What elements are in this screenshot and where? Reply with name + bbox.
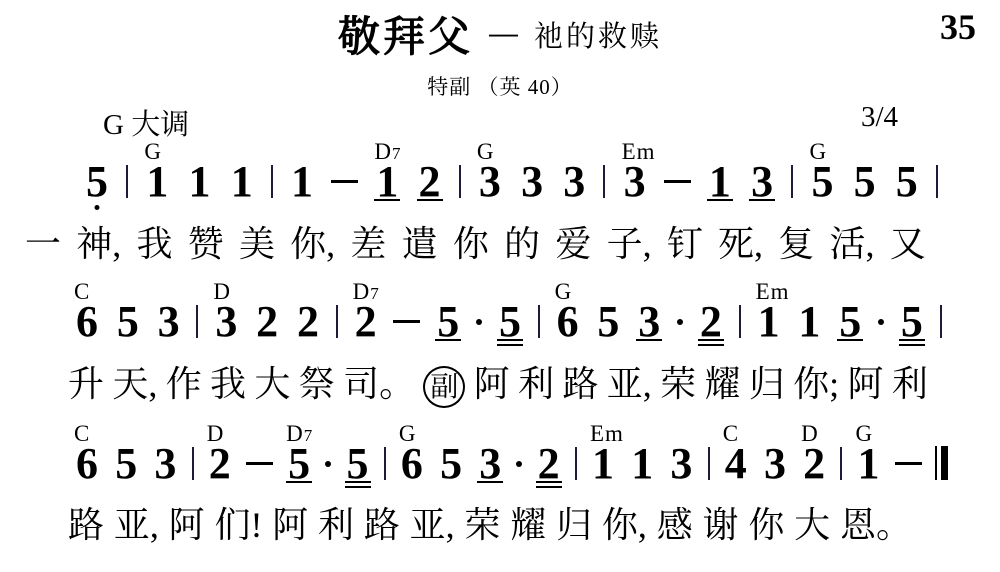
title: 敬拜父 — 祂的救赎 — [0, 4, 1000, 64]
note-digit: 3 — [668, 447, 694, 480]
lyric-unit: 司。 — [343, 364, 415, 405]
note-cell: 2 — [295, 305, 321, 338]
note-cell: 5 — [497, 305, 523, 338]
note-cell: 5 — [595, 305, 621, 338]
lyric-line-3: 路亚,阿们!阿利路亚,荣耀归你,感谢你大恩。 — [68, 505, 912, 546]
note-digit: 5 — [852, 165, 878, 198]
chord-label: D — [801, 422, 819, 445]
note-cell: 5 — [345, 447, 371, 480]
lyric-line-2: 升天,作我大祭司。副阿利路亚,荣耀归你;阿利 — [68, 364, 928, 408]
note-digit: 5 — [435, 305, 461, 338]
lyric-unit: 祭 — [299, 364, 335, 405]
dash-note — [246, 462, 273, 465]
lyric-unit: 路 — [364, 505, 400, 546]
final-bar-thick — [941, 446, 948, 480]
note-digit: 2 — [417, 165, 443, 198]
lyric-unit: 升 — [68, 364, 104, 405]
dotted-note-dot — [878, 319, 884, 325]
barline — [791, 165, 793, 198]
lyric-unit: 遣 — [402, 224, 438, 265]
note-cell: 3Em — [622, 165, 648, 198]
note-digit: 3 — [152, 447, 178, 480]
barline — [271, 165, 273, 198]
note-cell: 2 — [254, 305, 280, 338]
chord-label: C — [74, 422, 90, 445]
chord-label: D7 — [353, 280, 379, 303]
lyric-unit: 路 — [562, 364, 598, 405]
lyric-unit: 你, — [602, 505, 647, 546]
note-digit: 1 — [796, 305, 822, 338]
note-digit: 6 — [399, 447, 425, 480]
note-digit: 5 — [438, 447, 464, 480]
note-cell: 3 — [636, 305, 662, 338]
lyric-unit: 利 — [318, 505, 354, 546]
note-cell: 1Em — [590, 447, 616, 480]
chord-label: G — [555, 280, 573, 303]
music-line-2: 6C533D222D7556G5321Em155 — [74, 305, 942, 338]
note-cell: 5 — [837, 305, 863, 338]
note-cell: 1 — [289, 165, 315, 198]
chord-label: G — [809, 140, 827, 163]
note-cell: 2 — [698, 305, 724, 338]
note-cell: 1 — [187, 165, 213, 198]
chord-label: G — [399, 422, 417, 445]
note-digit: 5 — [809, 165, 835, 198]
lyric-unit: 大 — [794, 505, 830, 546]
hymn-sheet-page: 35 敬拜父 — 祂的救赎 特副 （英 40） G 大调 3/4 51G1111… — [0, 0, 1000, 572]
note-cell: 1 — [796, 305, 822, 338]
chord-number: 7 — [392, 144, 401, 163]
note-digit: 1 — [144, 165, 170, 198]
note-cell: 2 — [536, 447, 562, 480]
time-signature: 3/4 — [861, 101, 898, 134]
barline — [603, 165, 605, 198]
key-signature: G 大调 — [103, 102, 189, 143]
lyric-unit: 天, — [112, 364, 157, 405]
note-cell: 3 — [519, 165, 545, 198]
refrain-marker: 副 — [423, 366, 465, 408]
lyric-unit: 我 — [136, 224, 172, 265]
note-cell: 6G — [555, 305, 581, 338]
dash-note — [664, 180, 691, 183]
chord-label: G — [144, 140, 162, 163]
subtitle: 特副 （英 40） — [0, 71, 1000, 101]
chord-label: C — [74, 280, 90, 303]
lyric-unit: 爱 — [555, 224, 591, 265]
note-cell: 2D7 — [353, 305, 379, 338]
note-cell: 5 — [84, 165, 110, 198]
chord-number: 7 — [370, 284, 379, 303]
lyric-unit: 一 — [25, 224, 61, 265]
barline — [538, 305, 540, 338]
note-digit: 4 — [723, 447, 749, 480]
note-cell: 6C — [74, 447, 100, 480]
note-digit: 5 — [115, 305, 141, 338]
note-cell: 5 — [115, 305, 141, 338]
lyric-unit: 的 — [504, 224, 540, 265]
lyric-unit: 亚, — [410, 505, 455, 546]
barline — [940, 305, 942, 338]
dotted-note-dot — [677, 319, 683, 325]
barline — [459, 165, 461, 198]
lyric-unit: 耀 — [704, 364, 740, 405]
lyric-unit: 们! — [214, 505, 262, 546]
dash-note — [393, 320, 420, 323]
note-digit: 5 — [497, 305, 523, 338]
note-digit: 3 — [622, 165, 648, 198]
note-cell: 3 — [152, 447, 178, 480]
lyric-unit: 作 — [166, 364, 202, 405]
note-digit: 5 — [113, 447, 139, 480]
note-digit: 5 — [899, 305, 925, 338]
note-digit: 1 — [756, 305, 782, 338]
lyric-unit: 你; — [793, 364, 839, 405]
lyric-unit: 差 — [350, 224, 386, 265]
note-digit: 5 — [837, 305, 863, 338]
barline — [336, 305, 338, 338]
barline — [192, 447, 194, 480]
lyric-unit: 利 — [892, 364, 928, 405]
lyric-unit: 你 — [453, 224, 489, 265]
note-cell: 3D — [213, 305, 239, 338]
note-digit: 3 — [213, 305, 239, 338]
title-main: 敬拜父 — [338, 4, 473, 64]
note-digit: 3 — [477, 165, 503, 198]
note-cell: 3G — [477, 165, 503, 198]
lyric-unit: 感 — [657, 505, 693, 546]
chord-number: 7 — [304, 426, 313, 445]
lyric-unit: 阿 — [169, 505, 205, 546]
note-cell: 5D7 — [286, 447, 312, 480]
chord-label: D — [207, 422, 225, 445]
note-digit: 2 — [254, 305, 280, 338]
chord-label: D — [213, 280, 231, 303]
lyric-unit: 复 — [778, 224, 814, 265]
note-cell: 2D — [207, 447, 233, 480]
barline — [196, 305, 198, 338]
lyric-unit: 阿 — [272, 505, 308, 546]
note-digit: 1 — [707, 165, 733, 198]
barline — [708, 447, 710, 480]
note-digit: 2 — [801, 447, 827, 480]
lyric-unit: 美 — [239, 224, 275, 265]
note-cell: 5 — [113, 447, 139, 480]
note-cell: 5G — [809, 165, 835, 198]
note-digit: 3 — [636, 305, 662, 338]
note-cell: 1D7 — [374, 165, 400, 198]
note-digit: 2 — [207, 447, 233, 480]
note-digit: 5 — [84, 165, 110, 198]
note-digit: 1 — [374, 165, 400, 198]
lyric-unit: 死, — [718, 224, 763, 265]
barline — [840, 447, 842, 480]
note-digit: 5 — [286, 447, 312, 480]
note-digit: 5 — [595, 305, 621, 338]
dash-note — [895, 462, 922, 465]
note-cell: 3 — [668, 447, 694, 480]
note-cell: 3 — [762, 447, 788, 480]
lyric-unit: 路 — [68, 505, 104, 546]
lyric-unit: 亚, — [114, 505, 159, 546]
lyric-unit: 你 — [748, 505, 784, 546]
dotted-note-dot — [325, 461, 331, 467]
lyric-unit: 荣 — [660, 364, 696, 405]
note-digit: 3 — [477, 447, 503, 480]
lyric-unit: 荣 — [464, 505, 500, 546]
note-cell: 5 — [438, 447, 464, 480]
note-digit: 3 — [749, 165, 775, 198]
note-cell: 1Em — [756, 305, 782, 338]
lyric-unit: 大 — [254, 364, 290, 405]
note-cell: 4C — [723, 447, 749, 480]
note-cell: 1G — [856, 447, 882, 480]
note-digit: 2 — [536, 447, 562, 480]
note-digit: 1 — [289, 165, 315, 198]
note-cell: 2D — [801, 447, 827, 480]
chord-label: D7 — [286, 422, 312, 445]
note-cell: 5 — [899, 305, 925, 338]
note-digit: 3 — [762, 447, 788, 480]
note-digit: 3 — [519, 165, 545, 198]
lyric-unit: 你, — [290, 224, 335, 265]
barline — [936, 165, 938, 198]
note-digit: 5 — [345, 447, 371, 480]
note-cell: 5 — [852, 165, 878, 198]
note-digit: 1 — [590, 447, 616, 480]
note-cell: 5 — [435, 305, 461, 338]
lyric-unit: 亚, — [607, 364, 652, 405]
music-line-1: 51G1111D723G333Em135G55 — [84, 165, 938, 198]
chord-label: Em — [756, 280, 790, 303]
note-digit: 6 — [74, 305, 100, 338]
dotted-note-dot — [516, 461, 522, 467]
note-digit: 1 — [187, 165, 213, 198]
dotted-note-dot — [476, 319, 482, 325]
note-digit: 3 — [561, 165, 587, 198]
note-digit: 6 — [555, 305, 581, 338]
lyric-unit: 钉 — [667, 224, 703, 265]
note-cell: 2 — [417, 165, 443, 198]
note-cell: 1 — [707, 165, 733, 198]
note-digit: 2 — [295, 305, 321, 338]
dash-note — [331, 180, 358, 183]
lyric-unit: 归 — [556, 505, 592, 546]
note-digit: 3 — [156, 305, 182, 338]
lyric-unit: 利 — [518, 364, 554, 405]
note-digit: 1 — [629, 447, 655, 480]
note-digit: 5 — [894, 165, 920, 198]
note-digit: 2 — [698, 305, 724, 338]
lyric-unit: 谢 — [703, 505, 739, 546]
lyric-unit: 归 — [749, 364, 785, 405]
chord-label: D7 — [374, 140, 400, 163]
note-cell: 5 — [894, 165, 920, 198]
note-digit: 1 — [229, 165, 255, 198]
note-cell: 1G — [144, 165, 170, 198]
chord-label: G — [477, 140, 495, 163]
lyric-unit: 恩。 — [840, 505, 912, 546]
lyric-unit: 神, — [76, 224, 121, 265]
lyric-unit: 子, — [607, 224, 652, 265]
barline — [384, 447, 386, 480]
chord-label: Em — [622, 140, 656, 163]
title-subname: 祂的救赎 — [534, 14, 662, 55]
chord-label: G — [856, 422, 874, 445]
lyric-unit: 阿 — [848, 364, 884, 405]
note-cell: 3 — [561, 165, 587, 198]
lyric-unit: 耀 — [510, 505, 546, 546]
barline — [575, 447, 577, 480]
final-barline — [935, 446, 948, 480]
lyric-unit: 阿 — [474, 364, 510, 405]
lyric-unit: 活, — [830, 224, 875, 265]
note-cell: 3 — [749, 165, 775, 198]
music-line-3: 6C532D5D756G5321Em134C32D1G — [74, 447, 948, 480]
barline — [126, 165, 128, 198]
chord-label: C — [723, 422, 739, 445]
note-cell: 3 — [477, 447, 503, 480]
chord-label: Em — [590, 422, 624, 445]
barline — [739, 305, 741, 338]
note-cell: 3 — [156, 305, 182, 338]
lyric-unit: 赞 — [188, 224, 224, 265]
note-digit: 1 — [856, 447, 882, 480]
lyric-unit: 又 — [890, 224, 926, 265]
note-digit: 2 — [353, 305, 379, 338]
note-cell: 1 — [629, 447, 655, 480]
lyric-line-1: 一神,我赞美你,差遣你的爱子,钉死,复活,又 — [25, 224, 926, 265]
title-dash: — — [489, 18, 518, 51]
final-bar-thin — [935, 446, 937, 480]
lyric-unit: 我 — [210, 364, 246, 405]
note-cell: 1 — [229, 165, 255, 198]
note-cell: 6G — [399, 447, 425, 480]
note-cell: 6C — [74, 305, 100, 338]
note-digit: 6 — [74, 447, 100, 480]
